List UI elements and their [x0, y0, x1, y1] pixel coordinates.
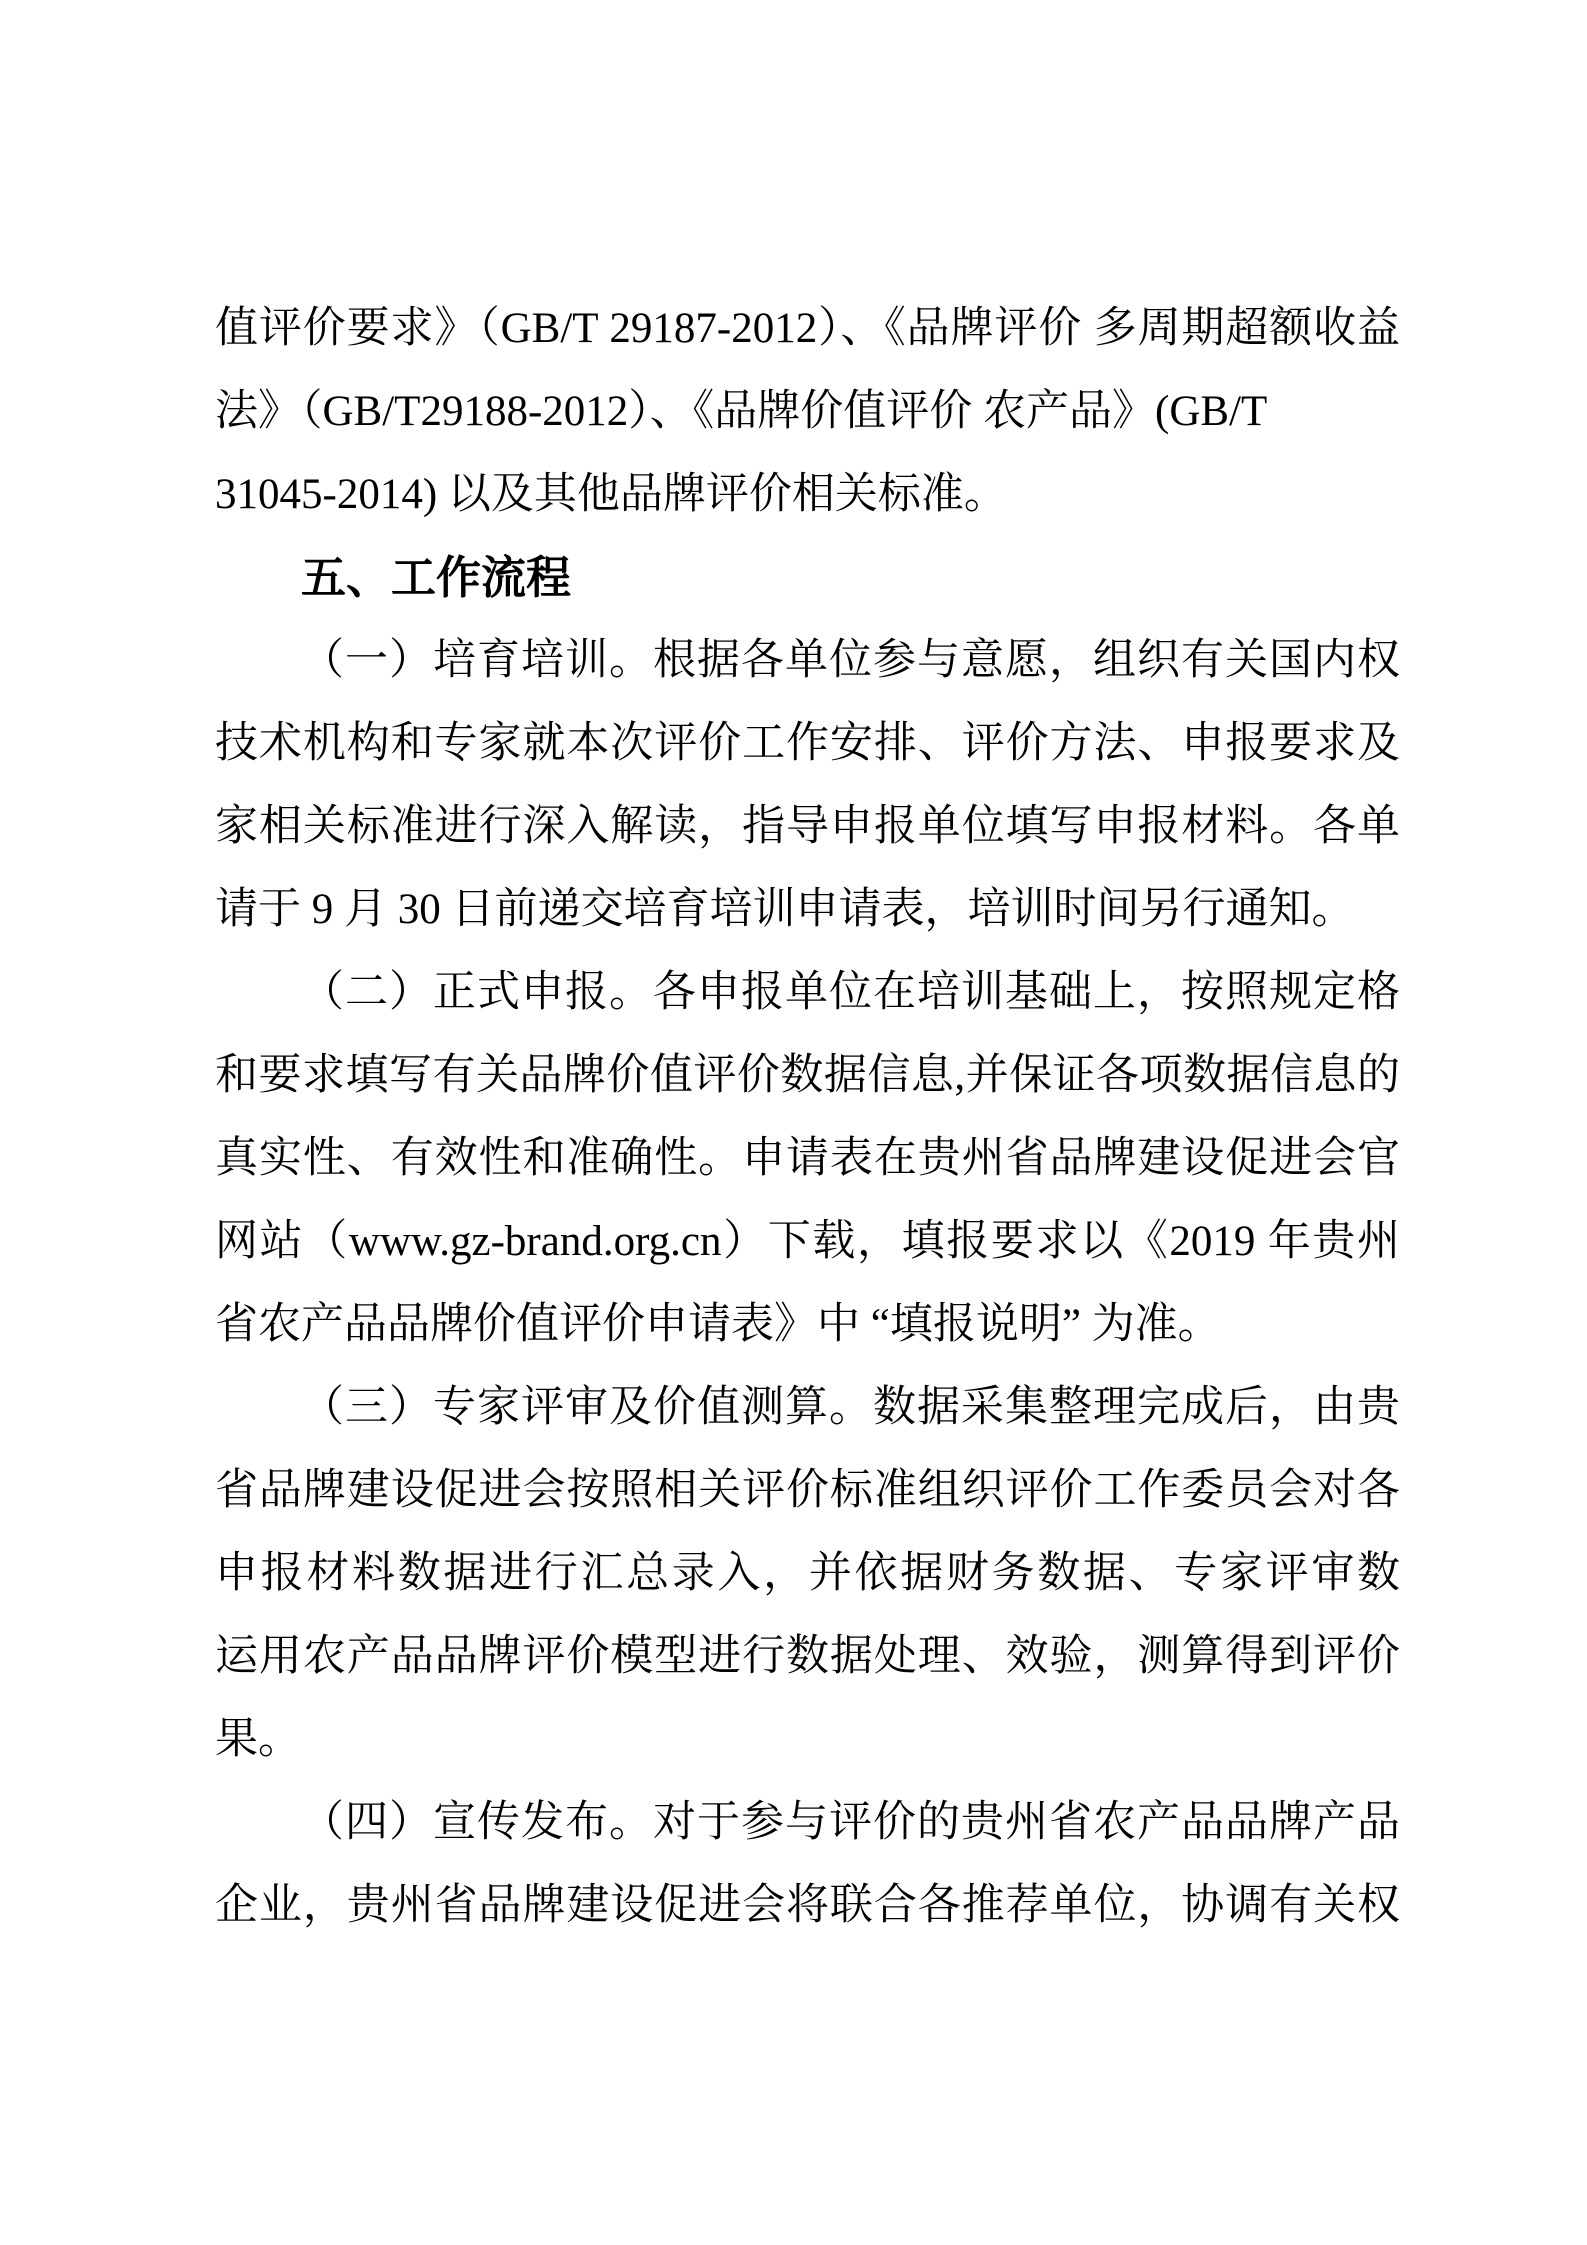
text-line: 省品牌建设促进会按照相关评价标准组织评价工作委员会对各 [215, 1449, 1400, 1532]
text-line: 申报材料数据进行汇总录入，并依据财务数据、专家评审数据、 [215, 1532, 1400, 1615]
document-page: 值评价要求》（GB/T 29187-2012）、《品牌评价 多周期超额收益 法》… [0, 0, 1587, 2245]
text-line: 省农产品品牌价值评价申请表》中 “填报说明” 为准。 [215, 1283, 1400, 1366]
text-line: 和要求填写有关品牌价值评价数据信息,并保证各项数据信息的 [215, 1034, 1400, 1117]
text-line: 企业，贵州省品牌建设促进会将联合各推荐单位，协调有关权威 [215, 1864, 1400, 1947]
text-line: 运用农产品品牌评价模型进行数据处理、效验，测算得到评价结 [215, 1615, 1400, 1698]
text-line: 值评价要求》（GB/T 29187-2012）、《品牌评价 多周期超额收益 [215, 287, 1400, 370]
text-line: （四）宣传发布。对于参与评价的贵州省农产品品牌产品及 [215, 1781, 1400, 1864]
document-body: 值评价要求》（GB/T 29187-2012）、《品牌评价 多周期超额收益 法》… [215, 287, 1400, 1947]
text-line: （一）培育培训。根据各单位参与意愿，组织有关国内权威 [215, 619, 1400, 702]
text-line: 请于 9 月 30 日前递交培育培训申请表，培训时间另行通知。 [215, 868, 1400, 951]
text-line: （二）正式申报。各申报单位在培训基础上，按照规定格式 [215, 951, 1400, 1034]
text-line: （三）专家评审及价值测算。数据采集整理完成后，由贵州 [215, 1366, 1400, 1449]
text-line: 31045-2014) 以及其他品牌评价相关标准。 [215, 453, 1400, 536]
text-line: 果。 [215, 1698, 1400, 1781]
text-line: 技术机构和专家就本次评价工作安排、评价方法、申报要求及国 [215, 702, 1400, 785]
section-heading: 五、工作流程 [215, 536, 1400, 619]
text-line: 法》（GB/T29188-2012）、《品牌价值评价 农产品》(GB/T [215, 370, 1400, 453]
text-line: 真实性、有效性和准确性。申请表在贵州省品牌建设促进会官方 [215, 1117, 1400, 1200]
text-line: 家相关标准进行深入解读，指导申报单位填写申报材料。各单位 [215, 785, 1400, 868]
text-line: 网站（www.gz-brand.org.cn）下载，填报要求以《2019 年贵州 [215, 1200, 1400, 1283]
